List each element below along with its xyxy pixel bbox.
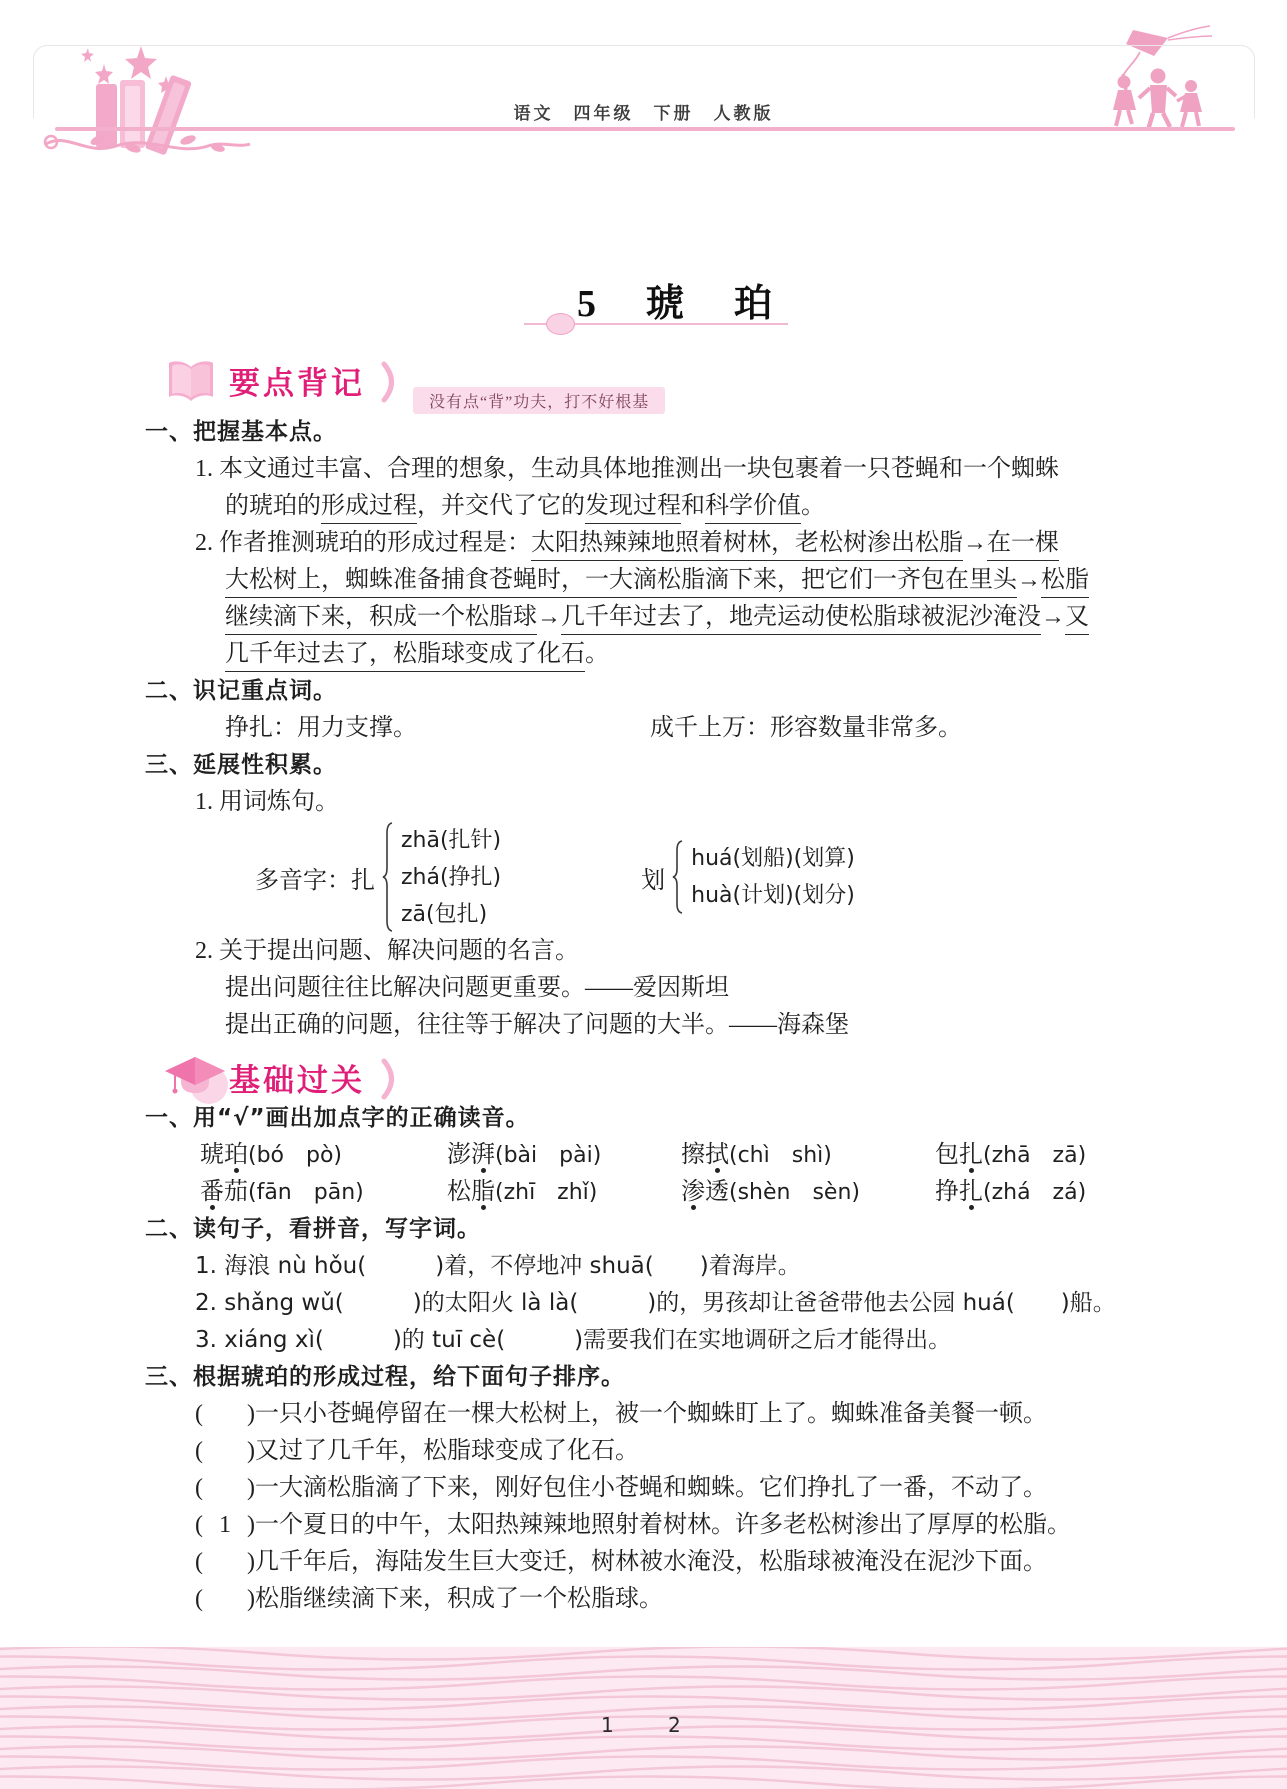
text-segment: 。 [585,641,609,667]
part-heading: 一、把握基本点。 [145,414,1155,451]
word-char: 澎 [447,1142,471,1168]
exercise-heading: 一、用“√”画出加点字的正确读音。 [145,1100,1155,1137]
quote-line: 提出正确的问题，往往等于解决了问题的大半。——海森堡 [145,1007,1155,1044]
ordering-sentence: 一大滴松脂滴了下来，刚好包住小苍蝇和蜘蛛。它们挣扎了一番，不动了。 [255,1475,1047,1501]
word-char: 包 [935,1142,959,1168]
pinyin-options: (shèn sèn) [729,1180,860,1205]
word-char: 琥 [200,1142,224,1168]
dotted-char: 扎 [959,1179,983,1205]
text-line: 继续滴下来，积成一个松脂球→几千年过去了，地壳运动使松脂球被泥沙淹没→又 [145,599,1155,636]
word-definition: 成千上万：形容数量非常多。 [650,710,962,747]
pinyin-options: (zhī zhǐ) [495,1180,597,1205]
pronunciation-item: 琥珀(bó pò) [200,1137,342,1174]
polyphone-characters-row: 多音字：扎 zhā(扎针) zhá(挣扎) zā(包扎) 划 huá(划船)(划… [145,821,1155,933]
underlined-segment: 太阳热辣辣地照着树林，老松树渗出松脂 [531,530,963,561]
ordering-sentence: 又过了几千年，松脂球变成了化石。 [255,1438,639,1464]
pinyin-options: (bài pài) [495,1143,601,1168]
ordering-sentence: 一个夏日的中午，太阳热辣辣地照射着树林。许多老松树渗出了厚厚的松脂。 [255,1512,1071,1538]
underlined-segment: 科学价值 [705,493,801,524]
lesson-title: 5 琥 珀 [0,272,1287,327]
pinyin-options: (chì shì) [729,1143,832,1168]
footer-band: 1 2 [0,1647,1287,1789]
memorize-content: 一、把握基本点。 1. 本文通过丰富、合理的想象，生动具体地推测出一块包裹着一只… [145,414,1155,1044]
basics-section-title: 基础过关 [229,1055,365,1100]
close-paren: ) [247,1512,255,1538]
word-char: 茄 [224,1179,248,1205]
text-segment: 和 [681,493,705,519]
part-heading: 二、识记重点词。 [145,673,1155,710]
arrow-segment: → [1041,604,1065,630]
pronunciation-row: 番茄(fān pān) 松脂(zhī zhǐ) 渗透(shèn sèn) 挣扎(… [145,1174,1155,1211]
memorize-slogan: 没有点“背”功夫，打不好根基 [429,389,649,412]
text-line: 的琥珀的形成过程，并交代了它的发现过程和科学价值。 [145,488,1155,525]
underlined-segment: 松脂 [1041,567,1089,598]
fill-in-sentence: 2. shǎng wǔ( )的太阳火 là là( )的，男孩却让爸爸带他去公园… [145,1285,1155,1322]
pronunciation-item: 澎湃(bài pài) [447,1137,601,1174]
underlined-segment: 发现过程 [585,493,681,524]
polyphone-group-hua: 划 huá(划船)(划算) huà(计划)(划分) [641,839,855,915]
open-paren: ( [195,1549,203,1575]
ordering-row: (1)一个夏日的中午，太阳热辣辣地照射着树林。许多老松树渗出了厚厚的松脂。 [145,1507,1155,1544]
underlined-segment: 几千年过去了，地壳运动使松脂球被泥沙淹没 [561,604,1041,635]
close-paren: ) [247,1438,255,1464]
close-paren: ) [247,1401,255,1427]
pronunciation-item: 番茄(fān pān) [200,1174,364,1211]
swoosh-ornament [381,360,401,404]
dotted-char: 脂 [471,1179,495,1205]
dotted-char: 番 [200,1179,224,1205]
underlined-segment: 几千年过去了，松脂球变成了化石 [225,641,585,672]
text-line: 大松树上，蜘蛛准备捕食苍蝇时，一大滴松脂滴下来，把它们一齐包在里头→松脂 [145,562,1155,599]
swoosh-ornament [381,1057,401,1101]
brace-ornament [672,839,684,915]
text-segment: 1. 本文通过丰富、合理的想象，生动具体地推测出一块包裹着一只苍蝇和一个蜘蛛 [195,456,1059,482]
word-char: 透 [705,1179,729,1205]
word-definition: 挣扎：用力支撑。 [225,710,650,747]
word-definitions-row: 挣扎：用力支撑。 成千上万：形容数量非常多。 [145,710,1155,747]
text-line: 几千年过去了，松脂球变成了化石。 [145,636,1155,673]
pinyin-options: (zhá zá) [983,1180,1086,1205]
polyphone-readings: huá(划船)(划算) huà(计划)(划分) [691,840,855,914]
word-char: 松 [447,1179,471,1205]
pinyin-options: (bó pò) [248,1143,342,1168]
text-line: 1. 用词炼句。 [145,784,1155,821]
pronunciation-item: 松脂(zhī zhǐ) [447,1174,597,1211]
polyphone-reading: huá(划船)(划算) [691,840,855,877]
arrow-segment: → [1017,567,1041,593]
order-number-filled: 1 [203,1507,247,1544]
exercise-heading: 三、根据琥珀的形成过程，给下面句子排序。 [145,1359,1155,1396]
open-paren: ( [195,1586,203,1612]
memorize-section-header: 要点背记 没有点“背”功夫，打不好根基 [165,356,1065,414]
underlined-segment: 继续滴下来，积成一个松脂球 [225,604,537,635]
ordering-row: ()一只小苍蝇停留在一棵大松树上，被一个蜘蛛盯上了。蜘蛛准备美餐一顿。 [145,1396,1155,1433]
workbook-page: 语文 四年级 下册 人教版 5 琥 珀 要点背记 没有点“背”功夫，打不好根基 … [0,0,1287,1789]
text-segment: 。 [801,493,825,519]
text-line: 2. 关于提出问题、解决问题的名言。 [145,933,1155,970]
ordering-row: ()又过了几千年，松脂球变成了化石。 [145,1433,1155,1470]
part-heading: 三、延展性积累。 [145,747,1155,784]
brace-ornament [382,821,394,933]
open-paren: ( [195,1512,203,1538]
memorize-section-title: 要点背记 [229,358,365,403]
word-char: 擦 [681,1142,705,1168]
text-line: 2. 作者推测琥珀的形成过程是：太阳热辣辣地照着树林，老松树渗出松脂→在一棵 [145,525,1155,562]
open-book-icon [165,358,217,404]
title-dot-ornament [546,313,575,335]
arrow-segment: → [963,530,987,556]
close-paren: ) [247,1475,255,1501]
ordering-row: ()松脂继续滴下来，积成了一个松脂球。 [145,1581,1155,1618]
ordering-sentence: 几千年后，海陆发生巨大变迁，树林被水淹没，松脂球被淹没在泥沙下面。 [255,1549,1047,1575]
polyphone-reading: zā(包扎) [401,896,501,933]
booklet-title: 语文 四年级 下册 人教版 [0,99,1287,124]
underlined-segment: 形成过程 [321,493,417,524]
page-number-left: 1 [601,1713,614,1737]
dotted-char: 扎 [959,1142,983,1168]
text-segment: 的琥珀的 [225,493,321,519]
header-divider [55,127,1235,131]
fill-in-sentence: 3. xiáng xì( )的 tuī cè( )需要我们在实地调研之后才能得出… [145,1322,1155,1359]
lesson-title-underline [524,323,788,325]
pronunciation-item: 挣扎(zhá zá) [935,1174,1086,1211]
pronunciation-item: 包扎(zhā zā) [935,1137,1086,1174]
close-paren: ) [247,1586,255,1612]
pronunciation-item: 渗透(shèn sèn) [681,1174,860,1211]
exercise-heading: 二、读句子，看拼音，写字词。 [145,1211,1155,1248]
underlined-segment: 又 [1065,604,1089,635]
text-line: 1. 本文通过丰富、合理的想象，生动具体地推测出一块包裹着一只苍蝇和一个蜘蛛 [145,451,1155,488]
ordering-row: ()几千年后，海陆发生巨大变迁，树林被水淹没，松脂球被淹没在泥沙下面。 [145,1544,1155,1581]
fill-in-sentence: 1. 海浪 nù hǒu( )着，不停地冲 shuā( )着海岸。 [145,1248,1155,1285]
pronunciation-row: 琥珀(bó pò) 澎湃(bài pài) 擦拭(chì shì) 包扎(zhā… [145,1137,1155,1174]
close-paren: ) [247,1549,255,1575]
ordering-sentence: 松脂继续滴下来，积成了一个松脂球。 [255,1586,663,1612]
polyphone-label: 划 [641,860,665,895]
open-paren: ( [195,1475,203,1501]
underlined-segment: 大松树上，蜘蛛准备捕食苍蝇时，一大滴松脂滴下来，把它们一齐包在里头 [225,567,1017,598]
memorize-slogan-banner: 没有点“背”功夫，打不好根基 [413,387,665,414]
text-segment: 2. 作者推测琥珀的形成过程是： [195,530,531,556]
wave-pattern [0,1647,1287,1789]
open-paren: ( [195,1438,203,1464]
polyphone-label: 多音字：扎 [255,860,375,895]
basics-content: 一、用“√”画出加点字的正确读音。 琥珀(bó pò) 澎湃(bài pài) … [145,1100,1155,1618]
pinyin-options: (fān pān) [248,1180,364,1205]
ordering-sentence: 一只小苍蝇停留在一棵大松树上，被一个蜘蛛盯上了。蜘蛛准备美餐一顿。 [255,1401,1047,1427]
pronunciation-item: 擦拭(chì shì) [681,1137,832,1174]
quote-line: 提出问题往往比解决问题更重要。——爱因斯坦 [145,970,1155,1007]
polyphone-reading: zhá(挣扎) [401,859,501,896]
arrow-segment: → [537,604,561,630]
polyphone-reading: huà(计划)(划分) [691,877,855,914]
polyphone-group-zha: 多音字：扎 zhā(扎针) zhá(挣扎) zā(包扎) [255,821,501,933]
dotted-char: 拭 [705,1142,729,1168]
ordering-row: ()一大滴松脂滴了下来，刚好包住小苍蝇和蜘蛛。它们挣扎了一番，不动了。 [145,1470,1155,1507]
dotted-char: 珀 [224,1142,248,1168]
page-number-right: 2 [668,1713,681,1737]
underlined-segment: 在一棵 [987,530,1059,561]
polyphone-readings: zhā(扎针) zhá(挣扎) zā(包扎) [401,822,501,933]
polyphone-reading: zhā(扎针) [401,822,501,859]
open-paren: ( [195,1401,203,1427]
word-char: 挣 [935,1179,959,1205]
dotted-char: 湃 [471,1142,495,1168]
pinyin-options: (zhā zā) [983,1143,1086,1168]
text-segment: ，并交代了它的 [417,493,585,519]
dotted-char: 渗 [681,1179,705,1205]
